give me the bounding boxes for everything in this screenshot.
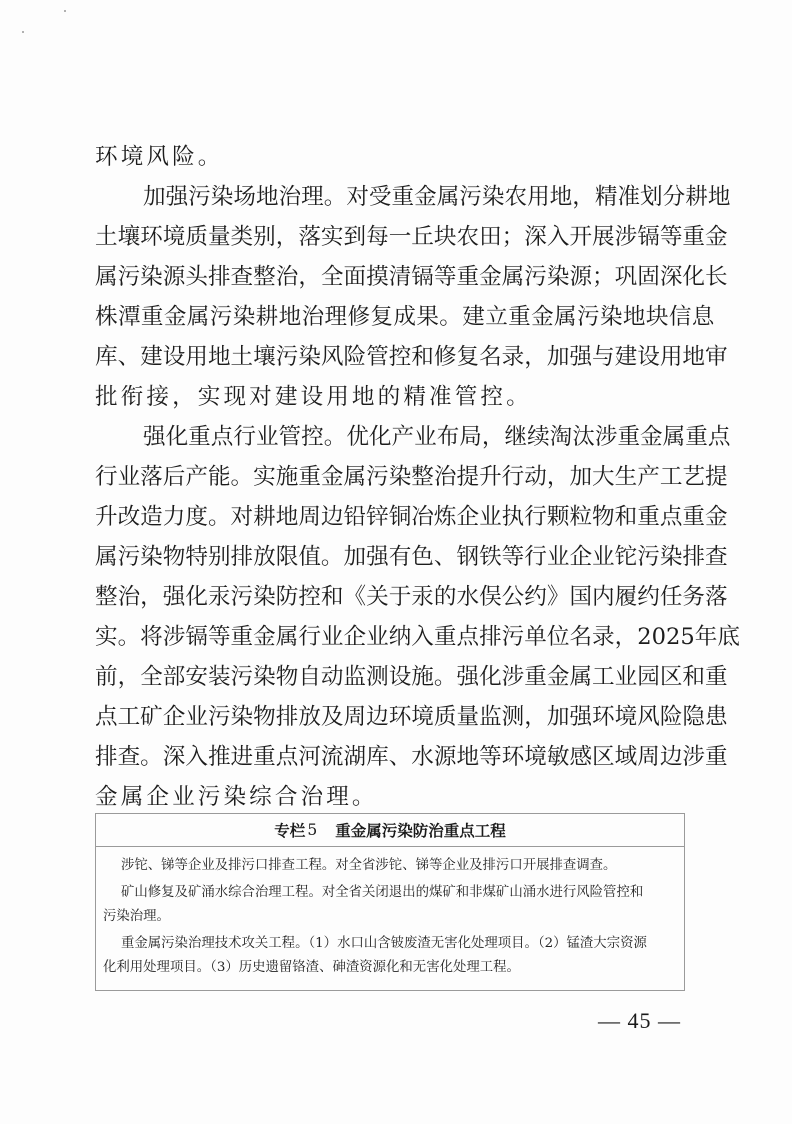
- scan-speck: [22, 31, 24, 33]
- document-page: 环境风险。加强污染场地治理。对受重金属污染农用地，精准划分耕地土壤环境质量类别，…: [0, 0, 792, 1124]
- paragraph-line: 库、建设用地土壤污染风险管控和修复名录，加强与建设用地审: [95, 342, 715, 372]
- paragraph-line: 土壤环境质量类别，落实到每一丘块农田；深入开展涉镉等重金: [95, 222, 715, 252]
- box-number: 5: [307, 821, 317, 839]
- paragraph-line: 环境风险。: [95, 142, 715, 172]
- paragraph-line: 加强污染场地治理。对受重金属污染农用地，精准划分耕地: [143, 182, 763, 212]
- paragraph-line: 整治，强化汞污染防控和《关于汞的水俣公约》国内履约任务落: [95, 582, 715, 612]
- page-number: — 45 —: [598, 1008, 681, 1034]
- paragraph-line: 升改造力度。对耕地周边铅锌铜冶炼企业执行颗粒物和重点重金: [95, 502, 715, 532]
- box-line: 重金属污染治理技术攻关工程。（1）水口山含铍废渣无害化处理项目。（2）锰渣大宗资…: [121, 934, 647, 954]
- paragraph-line: 属污染源头排查整治，全面摸清镉等重金属污染源；巩固深化长: [95, 262, 715, 292]
- paragraph-line: 批衔接，实现对建设用地的精准管控。: [95, 382, 715, 412]
- paragraph-line: 属污染物特别排放限值。加强有色、钢铁等行业企业铊污染排查: [95, 542, 715, 572]
- paragraph-line: 前，全部安装污染物自动监测设施。强化涉重金属工业园区和重: [95, 662, 715, 692]
- box-line: 化利用处理项目。（3）历史遗留铬渣、砷渣资源化和无害化处理工程。: [103, 958, 520, 978]
- box-title: 重金属污染防治重点工程: [335, 819, 506, 841]
- box-line: 涉铊、锑等企业及排污口排查工程。对全省涉铊、锑等企业及排污口开展排查调查。: [121, 856, 616, 876]
- paragraph-line: 金属企业污染综合治理。: [95, 782, 715, 812]
- paragraph-line: 强化重点行业管控。优化产业布局，继续淘汰涉重金属重点: [143, 422, 763, 452]
- paragraph-line: 排查。深入推进重点河流湖库、水源地等环境敏感区域周边涉重: [95, 742, 715, 772]
- scan-speck: [64, 10, 66, 12]
- paragraph-line: 行业落后产能。实施重金属污染整治提升行动，加大生产工艺提: [95, 462, 715, 492]
- paragraph-line: 点工矿企业污染物排放及周边环境质量监测，加强环境风险隐患: [95, 702, 715, 732]
- box-line: 污染治理。: [103, 907, 170, 927]
- box-line: 矿山修复及矿涌水综合治理工程。对全省关闭退出的煤矿和非煤矿山涌水进行风险管控和: [121, 883, 643, 903]
- box-header: 专栏5重金属污染防治重点工程: [96, 814, 684, 847]
- paragraph-line: 实。将涉镉等重金属行业企业纳入重点排污单位名录，2025年底: [95, 622, 715, 652]
- special-column-box: 专栏5重金属污染防治重点工程 涉铊、锑等企业及排污口排查工程。对全省涉铊、锑等企…: [95, 813, 685, 991]
- paragraph-line: 株潭重金属污染耕地治理修复成果。建立重金属污染地块信息: [95, 302, 715, 332]
- box-label: 专栏: [274, 819, 305, 841]
